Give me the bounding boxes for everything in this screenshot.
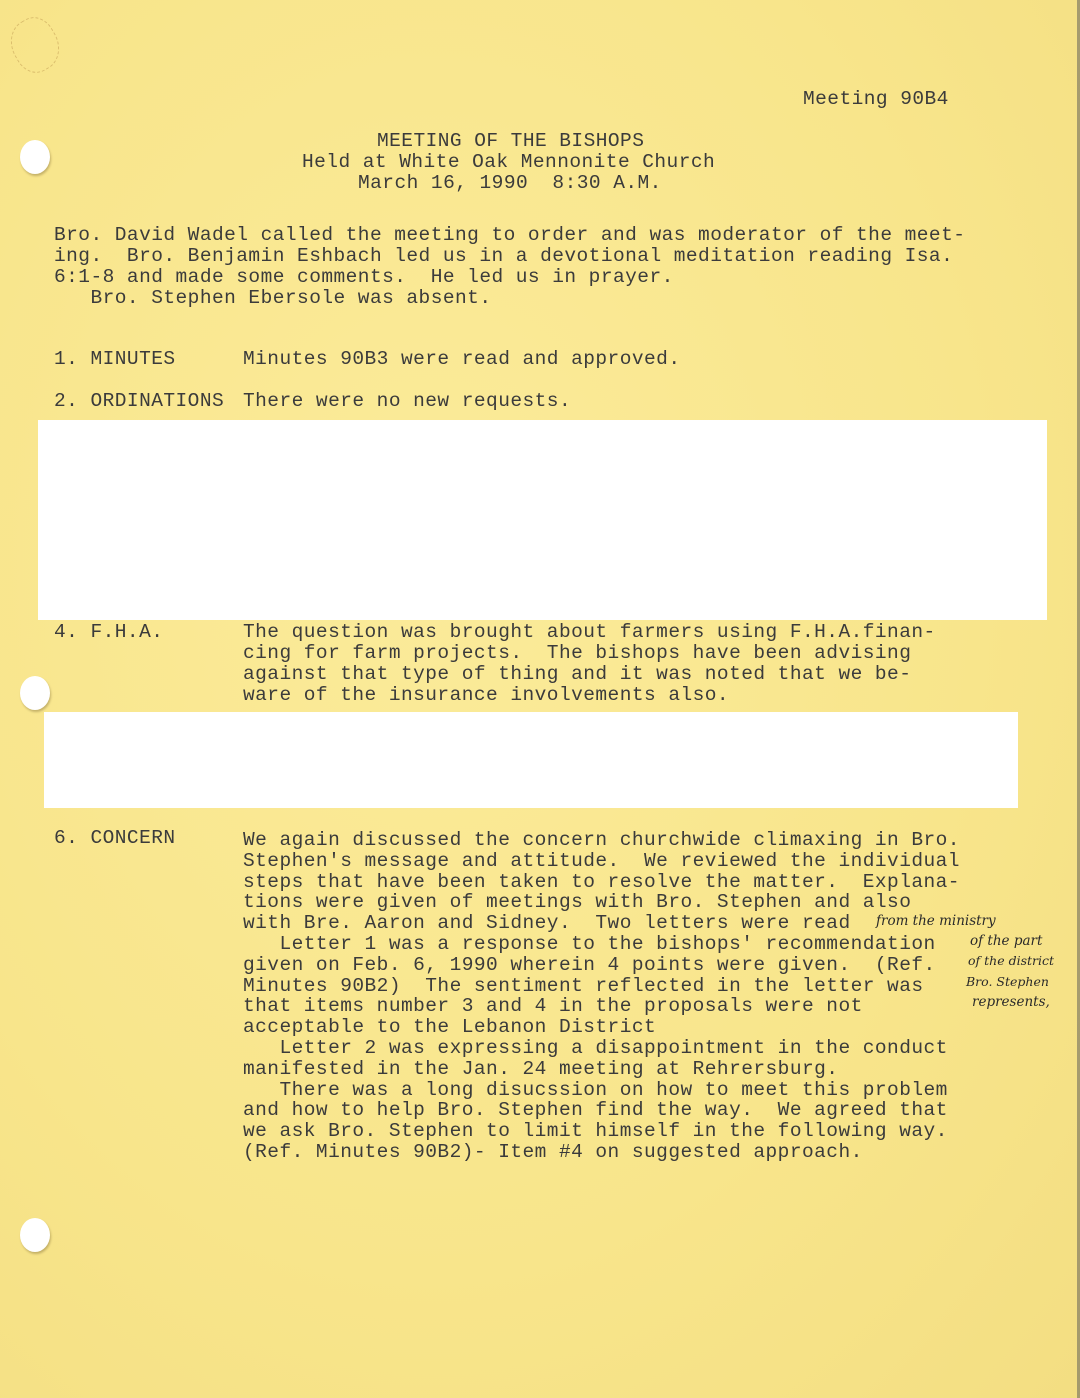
- item-label-concern: 6. CONCERN: [54, 828, 176, 849]
- document-title: MEETING OF THE BISHOPS: [377, 131, 644, 152]
- item-text: with Bre. Aaron and Sidney. Two letters …: [243, 913, 851, 934]
- item-text: that items number 3 and 4 in the proposa…: [243, 996, 863, 1017]
- item-text: given on Feb. 6, 1990 wherein 4 points w…: [243, 955, 936, 976]
- item-label-ordinations: 2. ORDINATIONS: [54, 391, 224, 412]
- item-text: steps that have been taken to resolve th…: [243, 872, 960, 893]
- handwritten-note-line: of the part: [970, 933, 1042, 949]
- item-label-fha: 4. F.H.A.: [54, 622, 163, 643]
- intro-line: Bro. David Wadel called the meeting to o…: [54, 225, 965, 246]
- handwritten-note-line: represents,: [972, 994, 1050, 1010]
- item-text: Letter 2 was expressing a disappointment…: [243, 1038, 948, 1059]
- redacted-block: [38, 420, 1047, 620]
- punch-hole-bottom: [20, 1218, 50, 1252]
- meeting-code: Meeting 90B4: [803, 89, 949, 110]
- punch-hole-middle: [20, 676, 50, 710]
- item-text: There were no new requests.: [243, 391, 571, 412]
- item-text: Stephen's message and attitude. We revie…: [243, 851, 960, 872]
- handwritten-note-line: of the district: [968, 953, 1054, 968]
- meeting-datetime: March 16, 1990 8:30 A.M.: [358, 173, 662, 194]
- item-text: manifested in the Jan. 24 meeting at Reh…: [243, 1059, 838, 1080]
- intro-line: Bro. Stephen Ebersole was absent.: [54, 288, 491, 309]
- item-text: The question was brought about farmers u…: [243, 622, 936, 643]
- intro-line: 6:1-8 and made some comments. He led us …: [54, 267, 674, 288]
- item-text: acceptable to the Lebanon District: [243, 1017, 656, 1038]
- item-text: tions were given of meetings with Bro. S…: [243, 892, 911, 913]
- item-text: we ask Bro. Stephen to limit himself in …: [243, 1121, 948, 1142]
- punch-hole-top: [20, 140, 50, 174]
- item-text: ware of the insurance involvements also.: [243, 685, 729, 706]
- meeting-location: Held at White Oak Mennonite Church: [302, 152, 715, 173]
- item-text: against that type of thing and it was no…: [243, 664, 911, 685]
- item-label-minutes: 1. MINUTES: [54, 349, 176, 370]
- item-text: cing for farm projects. The bishops have…: [243, 643, 911, 664]
- handwritten-note-line: Bro. Stephen: [966, 974, 1049, 989]
- item-text: Minutes 90B3 were read and approved.: [243, 349, 680, 370]
- item-text: and how to help Bro. Stephen find the wa…: [243, 1100, 948, 1121]
- intro-line: ing. Bro. Benjamin Eshbach led us in a d…: [54, 246, 953, 267]
- item-text: There was a long disucssion on how to me…: [243, 1080, 948, 1101]
- item-text: Minutes 90B2) The sentiment reflected in…: [243, 976, 924, 997]
- item-text: We again discussed the concern churchwid…: [243, 830, 960, 851]
- item-text: Letter 1 was a response to the bishops' …: [243, 934, 936, 955]
- handwritten-note-line: from the ministry: [876, 913, 996, 929]
- redacted-block: [44, 712, 1018, 808]
- item-text: (Ref. Minutes 90B2)- Item #4 on suggeste…: [243, 1142, 863, 1163]
